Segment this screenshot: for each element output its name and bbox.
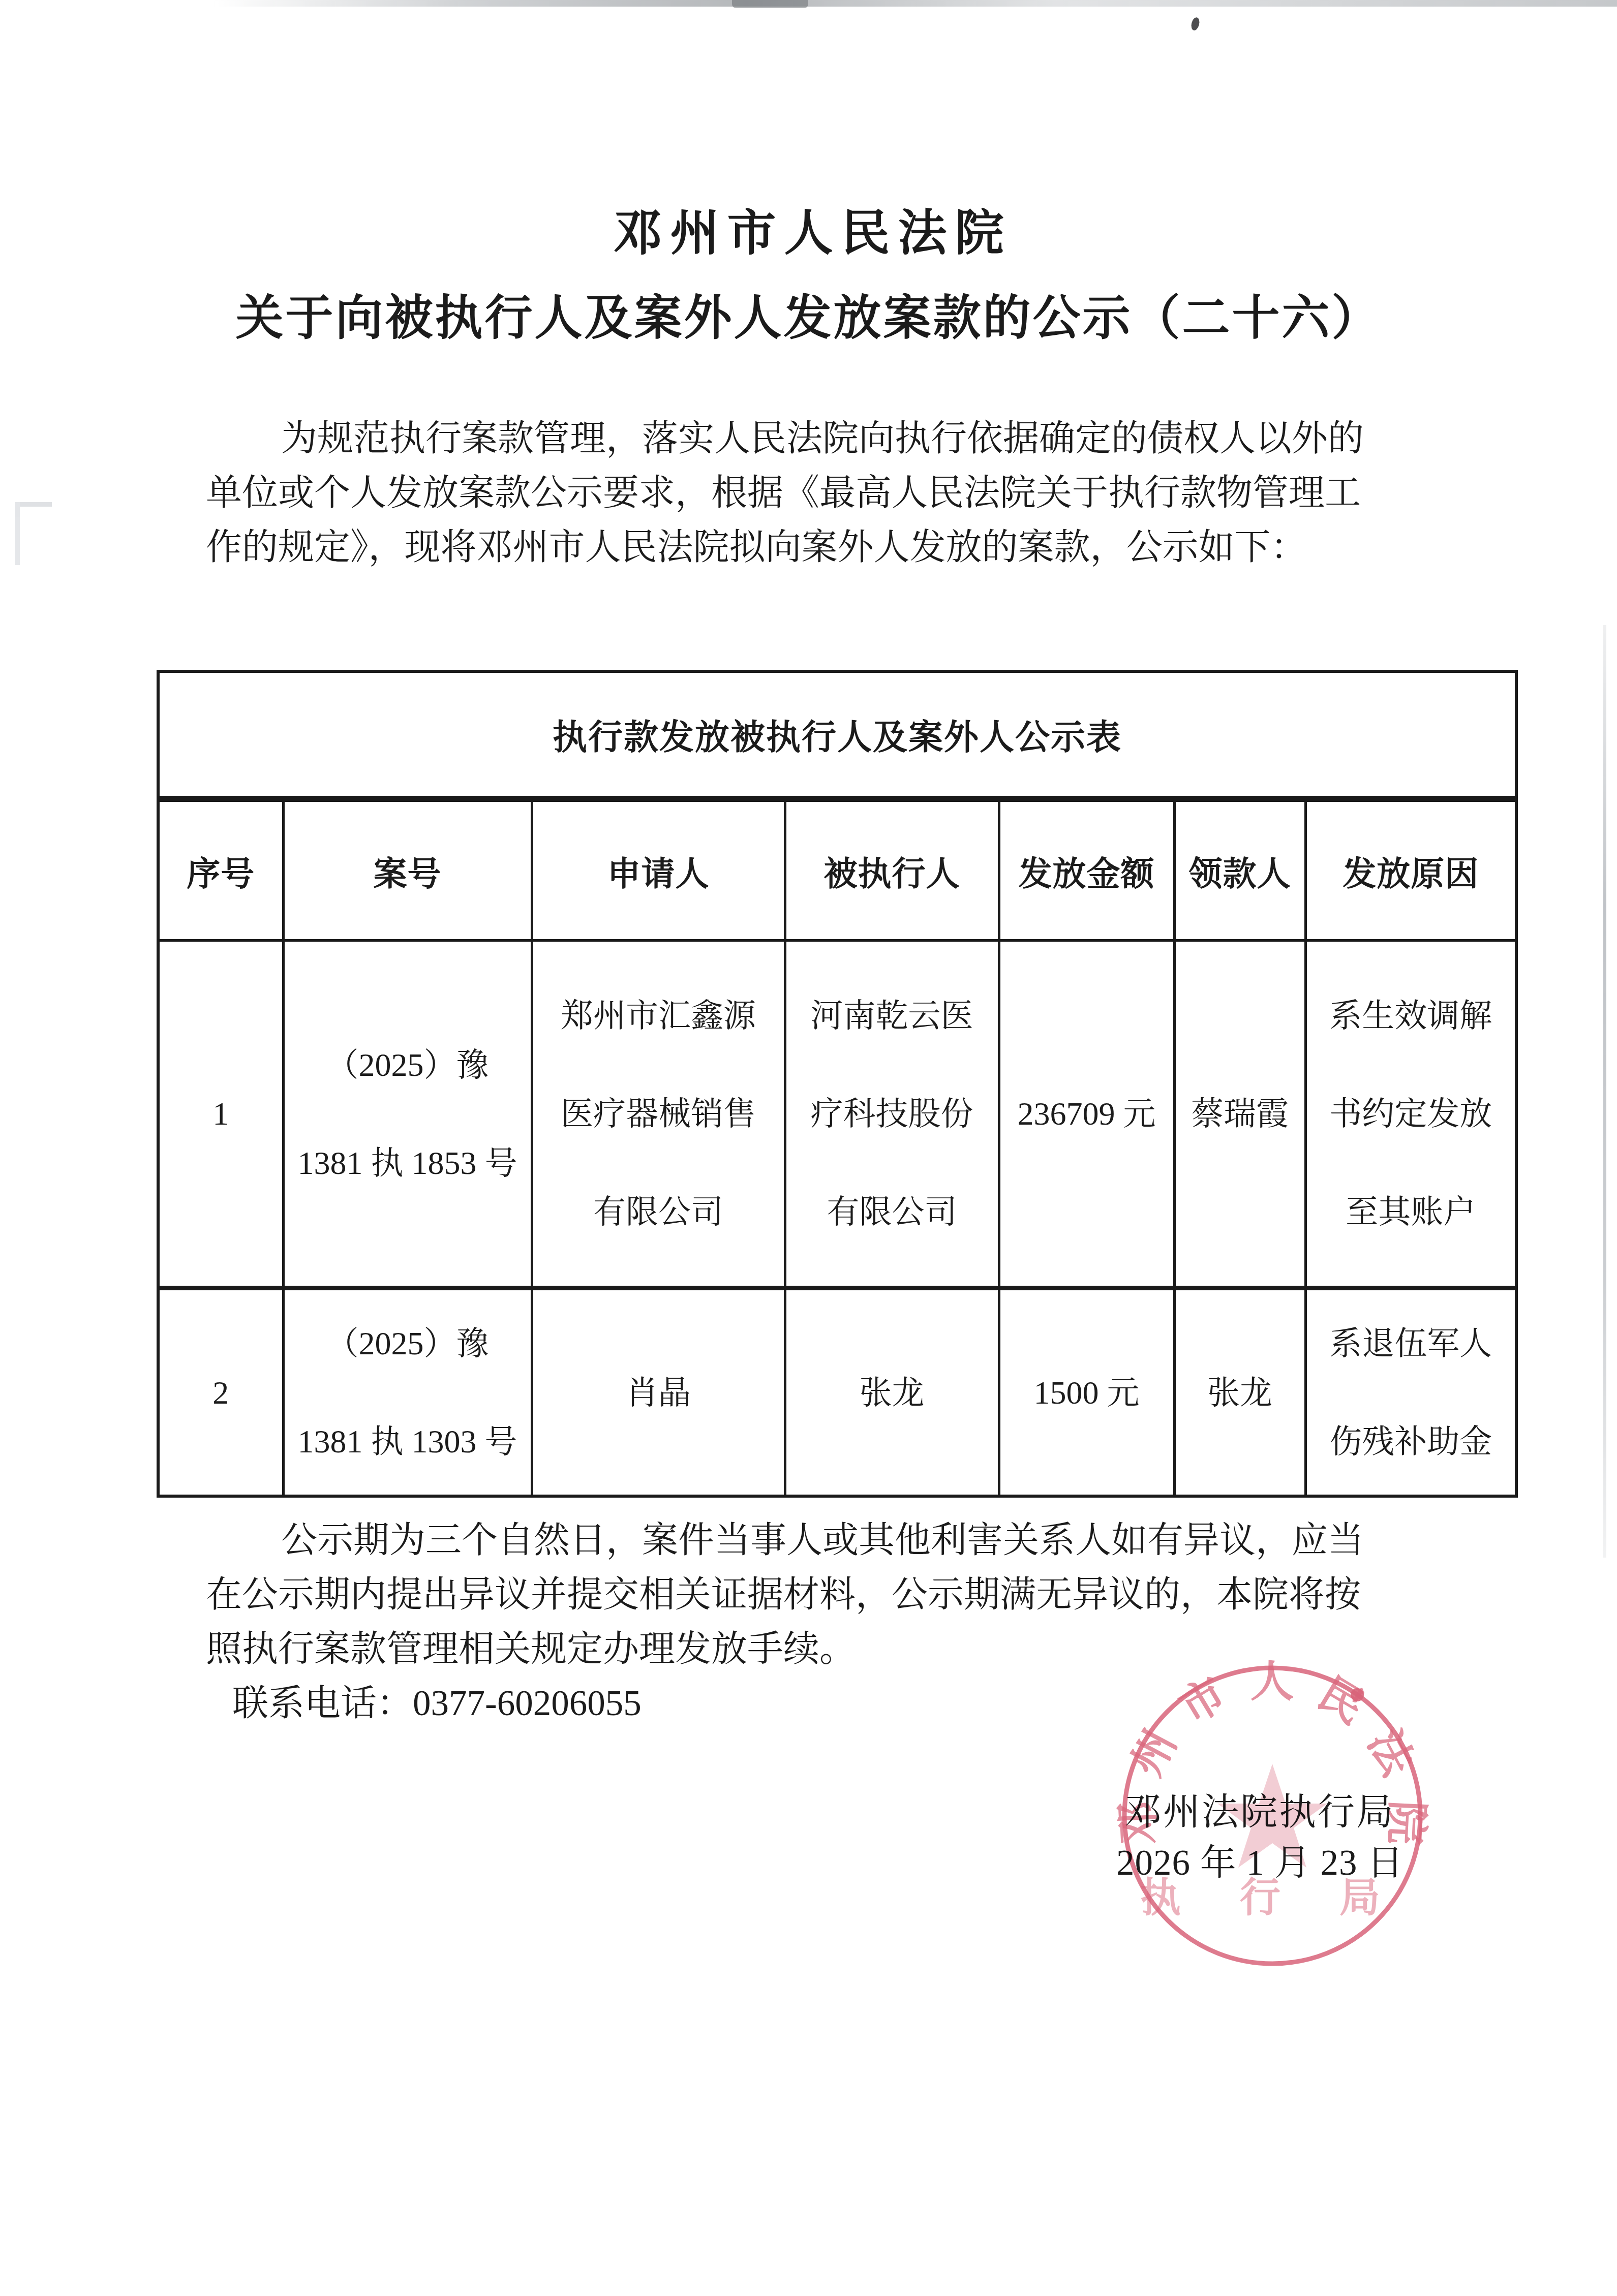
intro-line: 作的规定》，现将邓州市人民法院拟向案外人发放的案款，公示如下： xyxy=(206,520,1441,575)
header-cell-amount: 发放金额 xyxy=(999,799,1174,941)
table-cell: 蔡瑞霞 xyxy=(1174,941,1305,1288)
table-row: 2（2025）豫1381 执 1303 号肖晶张龙1500 元张龙系退伍军人伤残… xyxy=(158,1288,1516,1497)
cell-line: 郑州市汇鑫源 xyxy=(534,967,783,1065)
cell-line: 236709 元 xyxy=(1001,1065,1173,1163)
table-cell: 236709 元 xyxy=(999,941,1174,1288)
header-cell-payee: 领款人 xyxy=(1174,799,1305,941)
intro-paragraph: 为规范执行案款管理，落实人民法院向执行依据确定的债权人以外的 单位或个人发放案款… xyxy=(206,412,1441,575)
closing-line: 在公示期内提出异议并提交相关证据材料，公示期满无异议的，本院将按 xyxy=(206,1568,1441,1622)
cell-line: 书约定发放 xyxy=(1307,1065,1515,1163)
stamp-star xyxy=(1217,1764,1327,1868)
table-cell: 1500 元 xyxy=(999,1288,1174,1497)
cell-line: 张龙 xyxy=(787,1344,997,1442)
cell-line: 1381 执 1853 号 xyxy=(285,1114,530,1212)
intro-line: 单位或个人发放案款公示要求，根据《最高人民法院关于执行款物管理工 xyxy=(206,466,1441,520)
ink-dot-artifact xyxy=(1190,17,1201,32)
page-subtitle: 关于向被执行人及案外人发放案款的公示（二十六） xyxy=(0,280,1617,348)
cell-line: （2025）豫 xyxy=(285,1294,530,1392)
table-cell: 河南乾云医疗科技股份有限公司 xyxy=(785,941,999,1288)
cell-line: 有限公司 xyxy=(787,1163,997,1261)
cell-line: （2025）豫 xyxy=(285,1016,530,1114)
header-cell-reason: 发放原因 xyxy=(1305,799,1516,941)
scan-left-smudge xyxy=(15,502,52,568)
cell-line: 张龙 xyxy=(1176,1344,1304,1442)
cell-line: 伤残补助金 xyxy=(1307,1392,1515,1491)
cell-line: 医疗器械销售 xyxy=(534,1065,783,1163)
closing-line: 公示期为三个自然日，案件当事人或其他利害关系人如有异议，应当 xyxy=(206,1513,1441,1568)
scan-top-smudge xyxy=(732,0,808,8)
stamp-bottom-text: 执 行 局 xyxy=(1140,1876,1405,1920)
cell-line: 系生效调解 xyxy=(1307,967,1515,1065)
header-cell-executee: 被执行人 xyxy=(785,799,999,941)
table-row: 1（2025）豫1381 执 1853 号郑州市汇鑫源医疗器械销售有限公司河南乾… xyxy=(158,941,1516,1288)
cell-line: 疗科技股份 xyxy=(787,1065,997,1163)
table-cell: 1 xyxy=(158,941,283,1288)
table-cell: （2025）豫1381 执 1303 号 xyxy=(283,1288,532,1497)
table-cell: 肖晶 xyxy=(532,1288,785,1497)
table-cell: 2 xyxy=(158,1288,283,1497)
table-cell: 系生效调解书约定发放至其账户 xyxy=(1305,941,1516,1288)
page-title: 邓州市人民法院 xyxy=(0,194,1617,264)
table-cell: 张龙 xyxy=(785,1288,999,1497)
cell-line: 1 xyxy=(160,1065,282,1163)
header-cell-applicant: 申请人 xyxy=(532,799,785,941)
header-cell-case-no: 案号 xyxy=(283,799,532,941)
cell-line: 系退伍军人 xyxy=(1307,1294,1515,1392)
cell-line: 1500 元 xyxy=(1001,1344,1173,1442)
cell-line: 蔡瑞霞 xyxy=(1176,1065,1304,1163)
table-cell: 系退伍军人伤残补助金 xyxy=(1305,1288,1516,1497)
court-stamp: 邓州市人民法院 执 行 局 xyxy=(1100,1643,1445,1989)
cell-line: 至其账户 xyxy=(1307,1163,1515,1261)
scan-top-streak xyxy=(213,0,1617,7)
announcement-table: 执行款发放被执行人及案外人公示表 序号 案号 申请人 被执行人 发放金额 领款人… xyxy=(157,670,1518,1498)
document-page: 邓州市人民法院 关于向被执行人及案外人发放案款的公示（二十六） 为规范执行案款管… xyxy=(0,0,1617,2296)
table-cell: 郑州市汇鑫源医疗器械销售有限公司 xyxy=(532,941,785,1288)
table-title: 执行款发放被执行人及案外人公示表 xyxy=(158,671,1516,799)
scan-right-edge-line xyxy=(1603,625,1606,1558)
header-cell-seq: 序号 xyxy=(158,799,283,941)
cell-line: 1381 执 1303 号 xyxy=(285,1392,530,1491)
table-cell: （2025）豫1381 执 1853 号 xyxy=(283,941,532,1288)
cell-line: 有限公司 xyxy=(534,1163,783,1261)
table-header-row: 序号 案号 申请人 被执行人 发放金额 领款人 发放原因 xyxy=(158,799,1516,941)
intro-line: 为规范执行案款管理，落实人民法院向执行依据确定的债权人以外的 xyxy=(206,412,1441,466)
table-cell: 张龙 xyxy=(1174,1288,1305,1497)
cell-line: 河南乾云医 xyxy=(787,967,997,1065)
cell-line: 肖晶 xyxy=(534,1344,783,1442)
cell-line: 2 xyxy=(160,1344,282,1442)
